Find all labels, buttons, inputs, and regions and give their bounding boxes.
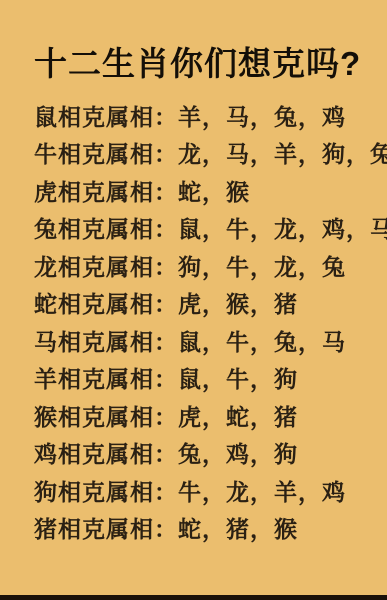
row-label: 龙相克属相： [34,249,178,282]
row-values: 羊，马，兔，鸡 [178,99,346,132]
row-values: 牛，龙，羊，鸡 [178,474,346,507]
conflict-row-tiger: 虎相克属相：蛇，猴 [34,172,387,210]
row-label: 狗相克属相： [34,474,178,507]
row-label: 兔相克属相： [34,211,178,244]
conflict-row-rooster: 鸡相克属相：兔，鸡，狗 [34,434,387,472]
conflict-row-goat: 羊相克属相：鼠，牛，狗 [34,359,387,397]
row-values: 鼠，牛，兔，马 [178,324,346,357]
row-label: 牛相克属相： [34,136,178,169]
row-label: 蛇相克属相： [34,286,178,319]
conflict-row-dragon: 龙相克属相：狗，牛，龙，兔 [34,247,387,285]
row-values: 龙，马，羊，狗，兔 [178,136,387,169]
conflict-list: 鼠相克属相：羊，马，兔，鸡 牛相克属相：龙，马，羊，狗，兔 虎相克属相：蛇，猴 … [0,97,387,547]
row-values: 蛇，猪，猴 [178,511,298,544]
conflict-row-rabbit: 兔相克属相：鼠，牛，龙，鸡，马 [34,209,387,247]
conflict-row-pig: 猪相克属相：蛇，猪，猴 [34,509,387,547]
row-label: 猴相克属相： [34,399,178,432]
photo-bottom-edge [0,595,387,600]
row-values: 虎，猴，猪 [178,286,298,319]
row-label: 鼠相克属相： [34,99,178,132]
row-label: 鸡相克属相： [34,436,178,469]
row-label: 猪相克属相： [34,511,178,544]
conflict-row-monkey: 猴相克属相：虎，蛇，猪 [34,397,387,435]
conflict-row-ox: 牛相克属相：龙，马，羊，狗，兔 [34,134,387,172]
page-title: 十二生肖你们想克吗? [0,0,387,84]
zodiac-conflict-infographic: 十二生肖你们想克吗? 鼠相克属相：羊，马，兔，鸡 牛相克属相：龙，马，羊，狗，兔… [0,0,387,600]
row-label: 虎相克属相： [34,174,178,207]
conflict-row-horse: 马相克属相：鼠，牛，兔，马 [34,322,387,360]
row-label: 羊相克属相： [34,361,178,394]
conflict-row-dog: 狗相克属相：牛，龙，羊，鸡 [34,472,387,510]
conflict-row-rat: 鼠相克属相：羊，马，兔，鸡 [34,97,387,135]
row-values: 蛇，猴 [178,174,250,207]
conflict-row-snake: 蛇相克属相：虎，猴，猪 [34,284,387,322]
row-values: 虎，蛇，猪 [178,399,298,432]
row-values: 兔，鸡，狗 [178,436,298,469]
row-values: 狗，牛，龙，兔 [178,249,346,282]
row-values: 鼠，牛，龙，鸡，马 [178,211,387,244]
row-values: 鼠，牛，狗 [178,361,298,394]
row-label: 马相克属相： [34,324,178,357]
